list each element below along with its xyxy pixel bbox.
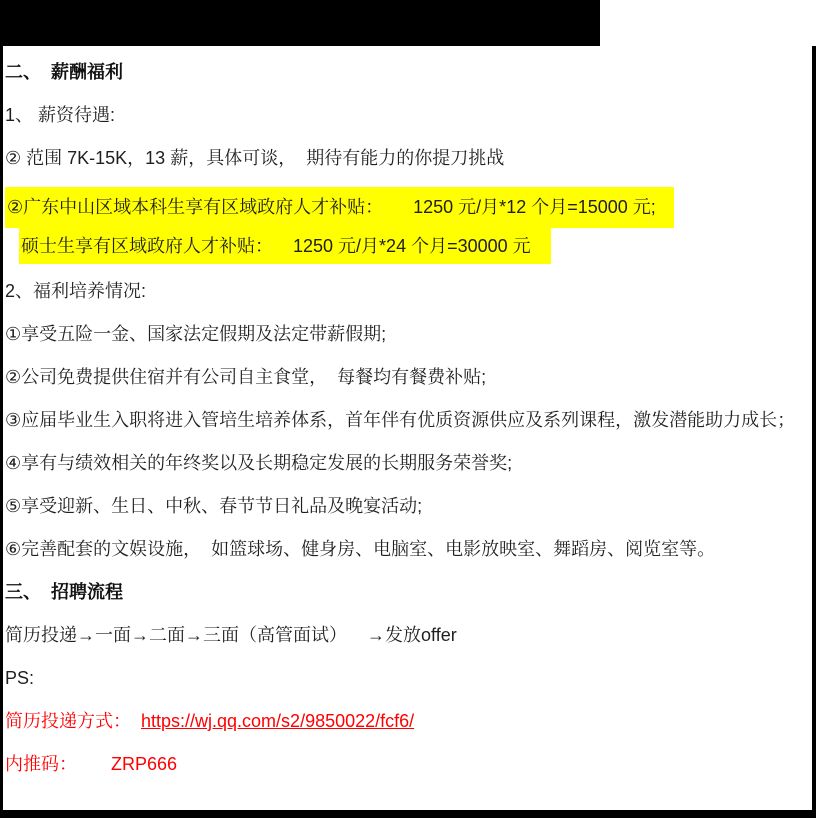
document-frame: 二、 薪酬福利 1、 薪资待遇: ② 范围 7K-15K，13 薪，具体可谈， … <box>0 46 816 818</box>
welfare-item-6: ⑥完善配套的文娱设施， 如篮球场、健身房、电脑室、电影放映室、舞蹈房、阅览室等。 <box>5 528 812 571</box>
subsidy-master-line: 硕士生享有区域政府人才补贴： 1250 元/月*24 个月=30000 元 <box>5 228 812 264</box>
welfare-item-1: ①享受五险一金、国家法定假期及法定带薪假期; <box>5 313 812 356</box>
salary-benefits-heading: 二、 薪酬福利 <box>5 51 812 94</box>
highlighted-text: ②广东中山区域本科生享有区域政府人才补贴： 1250 元/月*12 个月=150… <box>5 187 674 228</box>
subsidy-bachelor-line: ②广东中山区域本科生享有区域政府人才补贴： 1250 元/月*12 个月=150… <box>5 187 812 228</box>
referral-code-line: 内推码：ZRP666 <box>5 743 812 786</box>
welfare-item-2: ②公司免费提供住宿并有公司自主食堂， 每餐均有餐费补贴; <box>5 356 812 399</box>
salary-range-line: ② 范围 7K-15K，13 薪，具体可谈， 期待有能力的你提刀挑战 <box>5 137 812 180</box>
top-black-bar <box>0 0 600 46</box>
referral-code-value: ZRP666 <box>111 754 177 774</box>
ps-label: PS: <box>5 657 812 700</box>
welfare-item-4: ④享有与绩效相关的年终奖以及长期稳定发展的长期服务荣誉奖; <box>5 442 812 485</box>
document-content: 二、 薪酬福利 1、 薪资待遇: ② 范围 7K-15K，13 薪，具体可谈， … <box>3 46 812 786</box>
welfare-item-3: ③应届毕业生入职将进入管培生培养体系，首年伴有优质资源供应及系列课程，激发潜能助… <box>5 399 812 442</box>
welfare-title: 2、福利培养情况: <box>5 270 812 313</box>
highlighted-text: 硕士生享有区域政府人才补贴： 1250 元/月*24 个月=30000 元 <box>19 228 551 264</box>
welfare-item-5: ⑤享受迎新、生日、中秋、春节节日礼品及晚宴活动; <box>5 485 812 528</box>
resume-submit-label: 简历投递方式： <box>5 711 131 731</box>
process-flow-line: 简历投递→一面→二面→三面（高管面试） →发放offer <box>5 614 812 657</box>
referral-code-label: 内推码： <box>5 754 77 774</box>
recruit-process-heading: 三、 招聘流程 <box>5 571 812 614</box>
resume-submit-line: 简历投递方式：https://wj.qq.com/s2/9850022/fcf6… <box>5 700 812 743</box>
resume-link[interactable]: https://wj.qq.com/s2/9850022/fcf6/ <box>141 711 414 731</box>
salary-item-label: 1、 薪资待遇: <box>5 94 812 137</box>
